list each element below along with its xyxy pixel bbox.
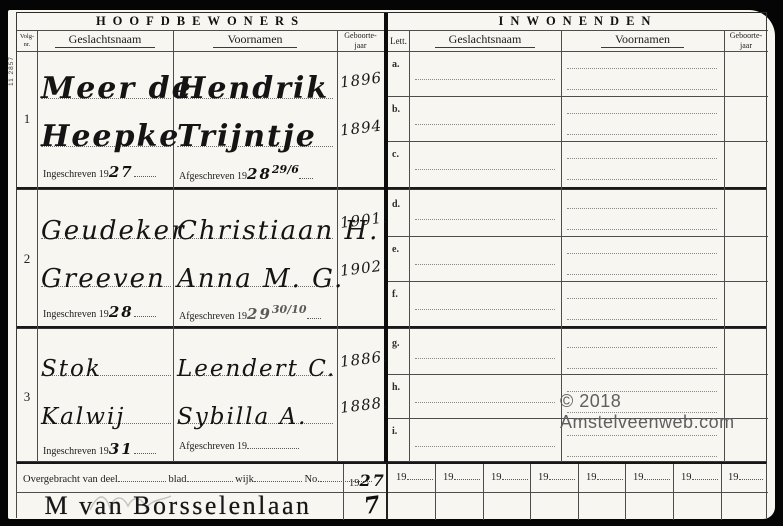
ingeschreven-line: Ingeschreven 1928 xyxy=(43,303,156,321)
dotted-line xyxy=(567,158,717,159)
year-cell: 19 xyxy=(396,471,433,483)
lett-label: a. xyxy=(392,59,400,70)
dotted-leader xyxy=(134,168,156,177)
ingeschreven-line: Ingeschreven 1931 xyxy=(43,440,156,458)
dotted-line xyxy=(567,298,717,299)
copyright-watermark: © 2018 Amstelveenweb.com xyxy=(560,391,775,433)
dotted-leader xyxy=(307,310,321,319)
surname-entry: Geudeker xyxy=(41,201,171,239)
year-cell-first: 1927 xyxy=(349,471,386,490)
rule xyxy=(530,464,531,520)
year-cell: 19 xyxy=(586,471,623,483)
lett-label: h. xyxy=(392,382,400,393)
dotted-leader xyxy=(254,473,302,482)
rule xyxy=(388,374,768,375)
lett-label: c. xyxy=(392,149,399,160)
dotted-leader xyxy=(692,471,718,480)
dotted-line xyxy=(567,253,717,254)
column-header-voornamen-right: Voornamen xyxy=(561,30,724,51)
lett-label: i. xyxy=(392,426,397,437)
rule xyxy=(483,464,484,520)
dotted-leader xyxy=(502,471,528,480)
afgeschreven-date: 29/6 xyxy=(272,163,299,176)
ingeschreven-year: 31 xyxy=(109,440,134,458)
lett-label: f. xyxy=(392,289,398,300)
dotted-leader xyxy=(597,471,623,480)
birthyear-entry: 1888. xyxy=(339,393,389,417)
dotted-line xyxy=(415,402,555,403)
transfer-year-value: 27 xyxy=(360,471,386,490)
volgnr-value: 1 xyxy=(17,51,37,187)
dotted-line xyxy=(567,89,717,90)
firstname-entry: Trijntje xyxy=(177,109,333,147)
afgeschreven-date: 30/10 xyxy=(272,303,307,316)
surname-entry: Meer de xyxy=(41,61,171,99)
rule xyxy=(578,464,579,520)
afgeschreven-line: Afgeschreven 192829/6 xyxy=(179,163,313,183)
dotted-line xyxy=(415,79,555,80)
firstname-entry: Hendrik xyxy=(177,61,333,99)
dotted-line xyxy=(415,309,555,310)
lett-label: g. xyxy=(392,338,400,349)
rule xyxy=(388,281,768,282)
volgnr-value: 3 xyxy=(17,330,37,463)
birthyear-entry: 1886. xyxy=(339,347,389,371)
dotted-line xyxy=(567,229,717,230)
lett-label: e. xyxy=(392,244,399,255)
dotted-line xyxy=(567,208,717,209)
column-header-geslachtsnaam-left: Geslachtsnaam xyxy=(37,30,173,51)
column-header-volgnr: Volg- nr. xyxy=(17,30,37,51)
overgebracht-line: Overgebracht van deel blad wijk No. xyxy=(23,473,372,485)
birthyear-entry: 1894 xyxy=(339,116,383,139)
surname-entry: Stok xyxy=(41,340,171,376)
dotted-line xyxy=(567,347,717,348)
dotted-line xyxy=(567,319,717,320)
rule xyxy=(17,30,768,31)
lett-label: d. xyxy=(392,199,400,210)
dotted-line xyxy=(415,264,555,265)
house-number: 7 xyxy=(355,488,389,522)
rule xyxy=(388,96,768,97)
inwonenden-title: INWONENDEN xyxy=(388,13,768,30)
birthyear-entry: 1902. xyxy=(339,256,389,280)
rule xyxy=(388,236,768,237)
dotted-line xyxy=(567,179,717,180)
firstname-entry: Leendert C. xyxy=(177,340,333,376)
hoofdbewoners-title: HOOFDBEWONERS xyxy=(17,13,384,30)
afgeschreven-line: Afgeschreven 192930/10 xyxy=(179,303,321,323)
birthyear-entry: 1896 xyxy=(339,68,383,91)
year-cell: 19 xyxy=(633,471,670,483)
ingeschreven-year: 28 xyxy=(109,303,134,321)
year-cell: 19 xyxy=(491,471,528,483)
ingeschreven-year: 27 xyxy=(109,163,134,181)
dotted-line xyxy=(567,134,717,135)
dotted-line xyxy=(415,169,555,170)
birthyear-entry: 1901. xyxy=(339,208,389,232)
surname-entry: Heepke xyxy=(41,109,171,147)
firstname-entry: Anna M. G. xyxy=(177,249,333,287)
dotted-line xyxy=(415,446,555,447)
year-cell: 19 xyxy=(728,471,763,483)
dotted-line xyxy=(567,435,717,436)
firstname-entry: Christiaan H. xyxy=(177,201,333,239)
dotted-line xyxy=(567,68,717,69)
column-header-voornamen-left: Voornamen xyxy=(173,30,337,51)
dotted-leader xyxy=(644,471,670,480)
rule xyxy=(673,464,674,520)
volgnr-line1: Volg- xyxy=(20,33,34,41)
dotted-leader xyxy=(739,471,763,480)
afgeschreven-year: 29 xyxy=(247,305,272,323)
rule xyxy=(721,464,722,520)
dotted-leader xyxy=(134,445,156,454)
rule xyxy=(435,464,436,520)
dotted-line xyxy=(567,456,717,457)
dotted-leader xyxy=(407,471,433,480)
dotted-leader xyxy=(187,473,233,482)
block-separator xyxy=(17,187,766,190)
firstname-entry: Sybilla A. xyxy=(177,386,333,424)
dotted-line xyxy=(415,358,555,359)
lett-label: b. xyxy=(392,104,400,115)
dotted-line xyxy=(415,219,555,220)
street-name-stamp: M van Borsselenlaan xyxy=(33,493,323,519)
volgnr-line2: nr. xyxy=(24,41,31,49)
afgeschreven-line: Afgeschreven 19 xyxy=(179,440,299,452)
dotted-leader xyxy=(549,471,575,480)
afgeschreven-year: 28 xyxy=(247,165,272,183)
year-cell: 19 xyxy=(443,471,480,483)
dotted-line xyxy=(415,124,555,125)
ingeschreven-line: Ingeschreven 1927 xyxy=(43,163,156,181)
dotted-leader xyxy=(454,471,480,480)
year-cell: 19 xyxy=(681,471,718,483)
column-header-lett: Lett. xyxy=(388,30,409,51)
column-header-geboortejaar-left: Geboorte- jaar xyxy=(337,30,384,51)
block-separator xyxy=(17,326,766,329)
rule xyxy=(409,30,410,463)
volgnr-value: 2 xyxy=(17,191,37,326)
column-header-geslachtsnaam-right: Geslachtsnaam xyxy=(409,30,561,51)
dotted-leader xyxy=(118,473,166,482)
dotted-leader xyxy=(299,170,313,179)
rule xyxy=(17,51,768,52)
dotted-line xyxy=(567,368,717,369)
register-page: 11 2857 HOOFDBEWONERS INWONENDEN Volg- n… xyxy=(8,10,775,519)
rule xyxy=(625,464,626,520)
dotted-leader xyxy=(134,308,156,317)
rule xyxy=(37,30,38,463)
year-cell: 19 xyxy=(538,471,575,483)
surname-entry: Kalwij xyxy=(41,386,171,424)
rule xyxy=(337,30,338,463)
surname-entry: Greeven xyxy=(41,249,171,287)
dotted-line xyxy=(567,274,717,275)
bottom-rows: Overgebracht van deel blad wijk No. 1927… xyxy=(16,462,767,518)
dotted-leader xyxy=(247,440,299,449)
column-header-geboortejaar-right: Geboorte- jaar xyxy=(724,30,768,51)
rule xyxy=(388,141,768,142)
dotted-line xyxy=(567,113,717,114)
